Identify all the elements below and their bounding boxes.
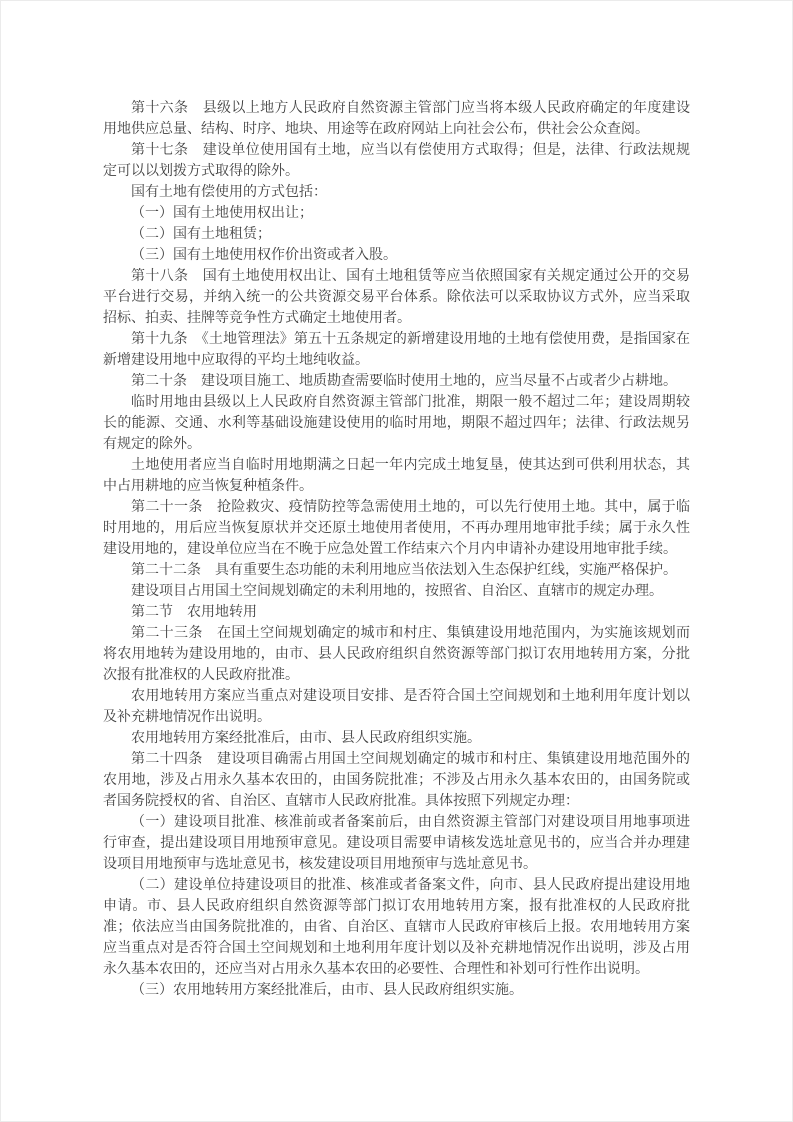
- list-item-1: （一）国有土地使用权出让；: [103, 202, 690, 223]
- section-heading: 第二节 农用地转用: [103, 601, 690, 622]
- document-page: 第十六条 县级以上地方人民政府自然资源主管部门应当将本级人民政府确定的年度建设用…: [0, 0, 793, 1122]
- paragraph-article-19: 第十九条 《土地管理法》第五十五条规定的新增建设用地的土地有偿使用费，是指国家在…: [103, 328, 690, 370]
- document-body: 第十六条 县级以上地方人民政府自然资源主管部门应当将本级人民政府确定的年度建设用…: [103, 97, 690, 1000]
- list-item-3: （三）国有土地使用权作价出资或者入股。: [103, 244, 690, 265]
- paragraph-article-23: 第二十三条 在国土空间规划确定的城市和村庄、集镇建设用地范围内，为实施该规划而将…: [103, 622, 690, 685]
- paragraph-article-22: 第二十二条 具有重要生态功能的未利用地应当依法划入生态保护红线，实施严格保护。: [103, 559, 690, 580]
- paragraph-unused-land: 建设项目占用国土空间规划确定的未利用地的，按照省、自治区、直辖市的规定办理。: [103, 580, 690, 601]
- paragraph-article-21: 第二十一条 抢险救灾、疫情防控等急需使用土地的，可以先行使用土地。其中，属于临时…: [103, 496, 690, 559]
- paragraph-article-20: 第二十条 建设项目施工、地质勘查需要临时使用土地的，应当尽量不占或者少占耕地。: [103, 370, 690, 391]
- paragraph-article-17: 第十七条 建设单位使用国有土地，应当以有偿使用方式取得；但是，法律、行政法规规定…: [103, 139, 690, 181]
- paragraph-temporary-land-approval: 临时用地由县级以上人民政府自然资源主管部门批准，期限一般不超过二年；建设周期较长…: [103, 391, 690, 454]
- list-item-2: （二）国有土地租赁；: [103, 223, 690, 244]
- paragraph-paid-use-intro: 国有土地有偿使用的方式包括：: [103, 181, 690, 202]
- paragraph-conversion-plan-content: 农用地转用方案应当重点对建设项目安排、是否符合国土空间规划和土地利用年度计划以及…: [103, 685, 690, 727]
- paragraph-article-18: 第十八条 国有土地使用权出让、国有土地租赁等应当依照国家有关规定通过公开的交易平…: [103, 265, 690, 328]
- paragraph-article-24: 第二十四条 建设项目确需占用国土空间规划确定的城市和村庄、集镇建设用地范围外的农…: [103, 748, 690, 811]
- list-item-article-24-2: （二）建设单位持建设项目的批准、核准或者备案文件，向市、县人民政府提出建设用地申…: [103, 874, 690, 979]
- list-item-article-24-3: （三）农用地转用方案经批准后，由市、县人民政府组织实施。: [103, 979, 690, 1000]
- paragraph-conversion-plan-implement: 农用地转用方案经批准后，由市、县人民政府组织实施。: [103, 727, 690, 748]
- list-item-article-24-1: （一）建设项目批准、核准前或者备案前后，由自然资源主管部门对建设项目用地事项进行…: [103, 811, 690, 874]
- paragraph-article-16: 第十六条 县级以上地方人民政府自然资源主管部门应当将本级人民政府确定的年度建设用…: [103, 97, 690, 139]
- paragraph-land-reclamation: 土地使用者应当自临时用地期满之日起一年内完成土地复垦，使其达到可供利用状态，其中…: [103, 454, 690, 496]
